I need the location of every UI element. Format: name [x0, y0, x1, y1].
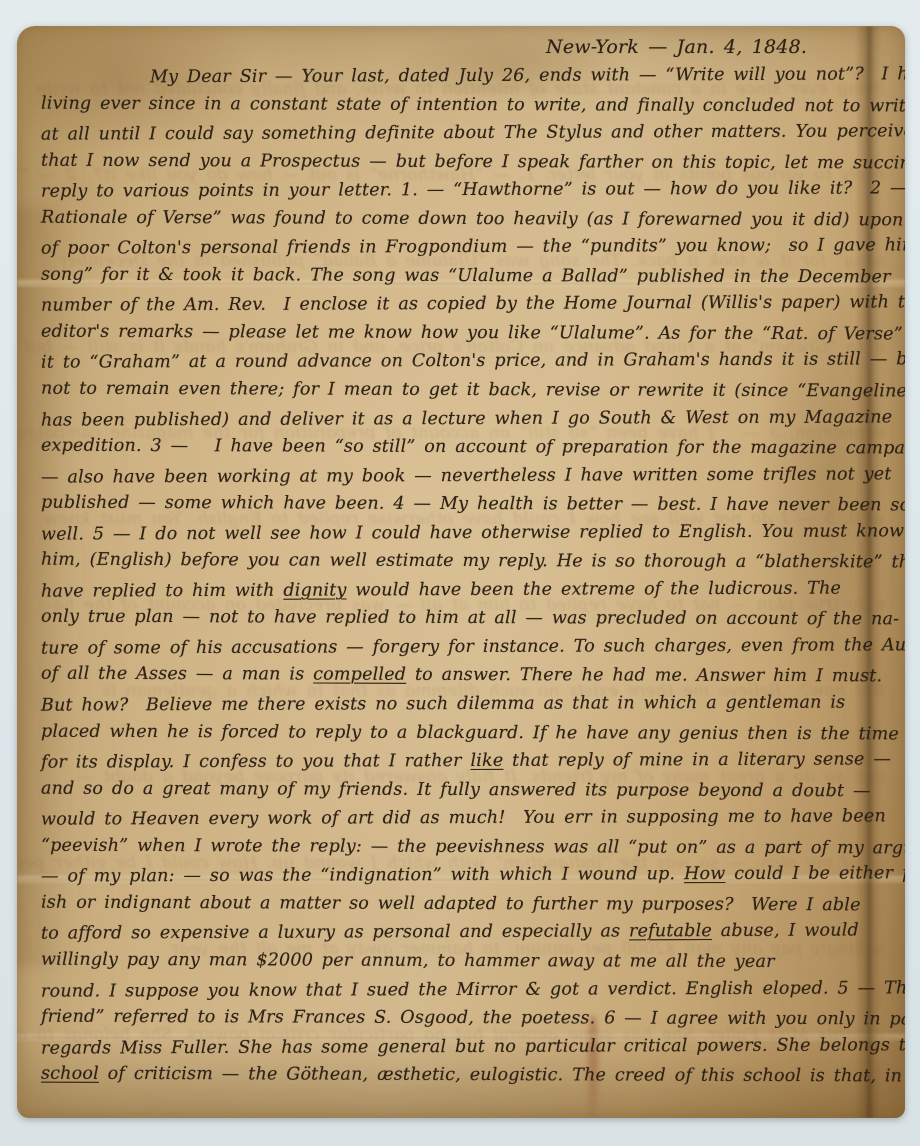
- letter-line: But how? Believe me there exists no such…: [41, 688, 889, 720]
- letter-line: willingly pay any man $2000 per annum, t…: [41, 946, 889, 977]
- dateline: New-York — Jan. 4, 1848.: [41, 32, 889, 62]
- letter-line: ish or indignant about a matter so well …: [41, 889, 889, 920]
- letter-line: regards Miss Fuller. She has some genera…: [41, 1031, 889, 1063]
- letter-line: have replied to him with dignity would h…: [41, 574, 889, 606]
- scan-background: living ever since in a constant state of…: [0, 0, 920, 1146]
- letter-line: and so do a great many of my friends. It…: [41, 774, 889, 805]
- letter-line: of all the Asses — a man is compelled to…: [41, 660, 889, 691]
- letter-line: placed when he is forced to reply to a b…: [41, 717, 889, 748]
- letter-text: New-York — Jan. 4, 1848. My Dear Sir — Y…: [41, 32, 889, 1090]
- letter-line: would to Heaven every work of art did as…: [41, 803, 889, 835]
- letter-line: — of my plan: — so was the “indignation”…: [41, 860, 889, 892]
- letter-line: him, (English) before you can well estim…: [41, 546, 889, 577]
- letter-line: school of criticism — the Göthean, æsthe…: [41, 1060, 889, 1091]
- letter-line: has been published) and deliver it as a …: [41, 403, 889, 435]
- letter-line: not to remain even there; for I mean to …: [41, 375, 889, 406]
- letter-line: at all until I could say something defin…: [41, 117, 889, 149]
- letter-line: of poor Colton's personal friends in Fro…: [41, 232, 889, 264]
- letter-line: expedition. 3 — I have been “so still” o…: [41, 432, 889, 463]
- letter-line: published — some which have been. 4 — My…: [41, 489, 889, 520]
- letter-line: editor's remarks — please let me know ho…: [41, 318, 889, 349]
- letter-line: number of the Am. Rev. I enclose it as c…: [41, 289, 889, 321]
- letter-line: only true plan — not to have replied to …: [41, 603, 889, 634]
- letter-line: well. 5 — I do not well see how I could …: [41, 517, 889, 549]
- letter-line: for its display. I confess to you that I…: [41, 745, 889, 777]
- letter-lines: My Dear Sir — Your last, dated July 26, …: [41, 62, 889, 1090]
- letter-line: — also have been working at my book — ne…: [41, 460, 889, 492]
- letter-line: to afford so expensive a luxury as perso…: [41, 917, 889, 949]
- letter-line: round. I suppose you know that I sued th…: [41, 974, 889, 1006]
- letter-page: living ever since in a constant state of…: [17, 26, 905, 1118]
- letter-line: living ever since in a constant state of…: [41, 89, 889, 120]
- letter-line: ture of some of his accusations — forger…: [41, 631, 889, 663]
- letter-line: that I now send you a Prospectus — but b…: [41, 146, 889, 177]
- letter-line: reply to various points in your letter. …: [41, 175, 889, 207]
- letter-line: My Dear Sir — Your last, dated July 26, …: [41, 60, 889, 92]
- letter-line: “peevish” when I wrote the reply: — the …: [41, 831, 889, 862]
- letter-line: friend” referred to is Mrs Frances S. Os…: [41, 1003, 889, 1034]
- letter-line: it to “Graham” at a round advance on Col…: [41, 346, 889, 378]
- letter-line: Rationale of Verse” was found to come do…: [41, 203, 889, 234]
- letter-line: song” for it & took it back. The song wa…: [41, 260, 889, 291]
